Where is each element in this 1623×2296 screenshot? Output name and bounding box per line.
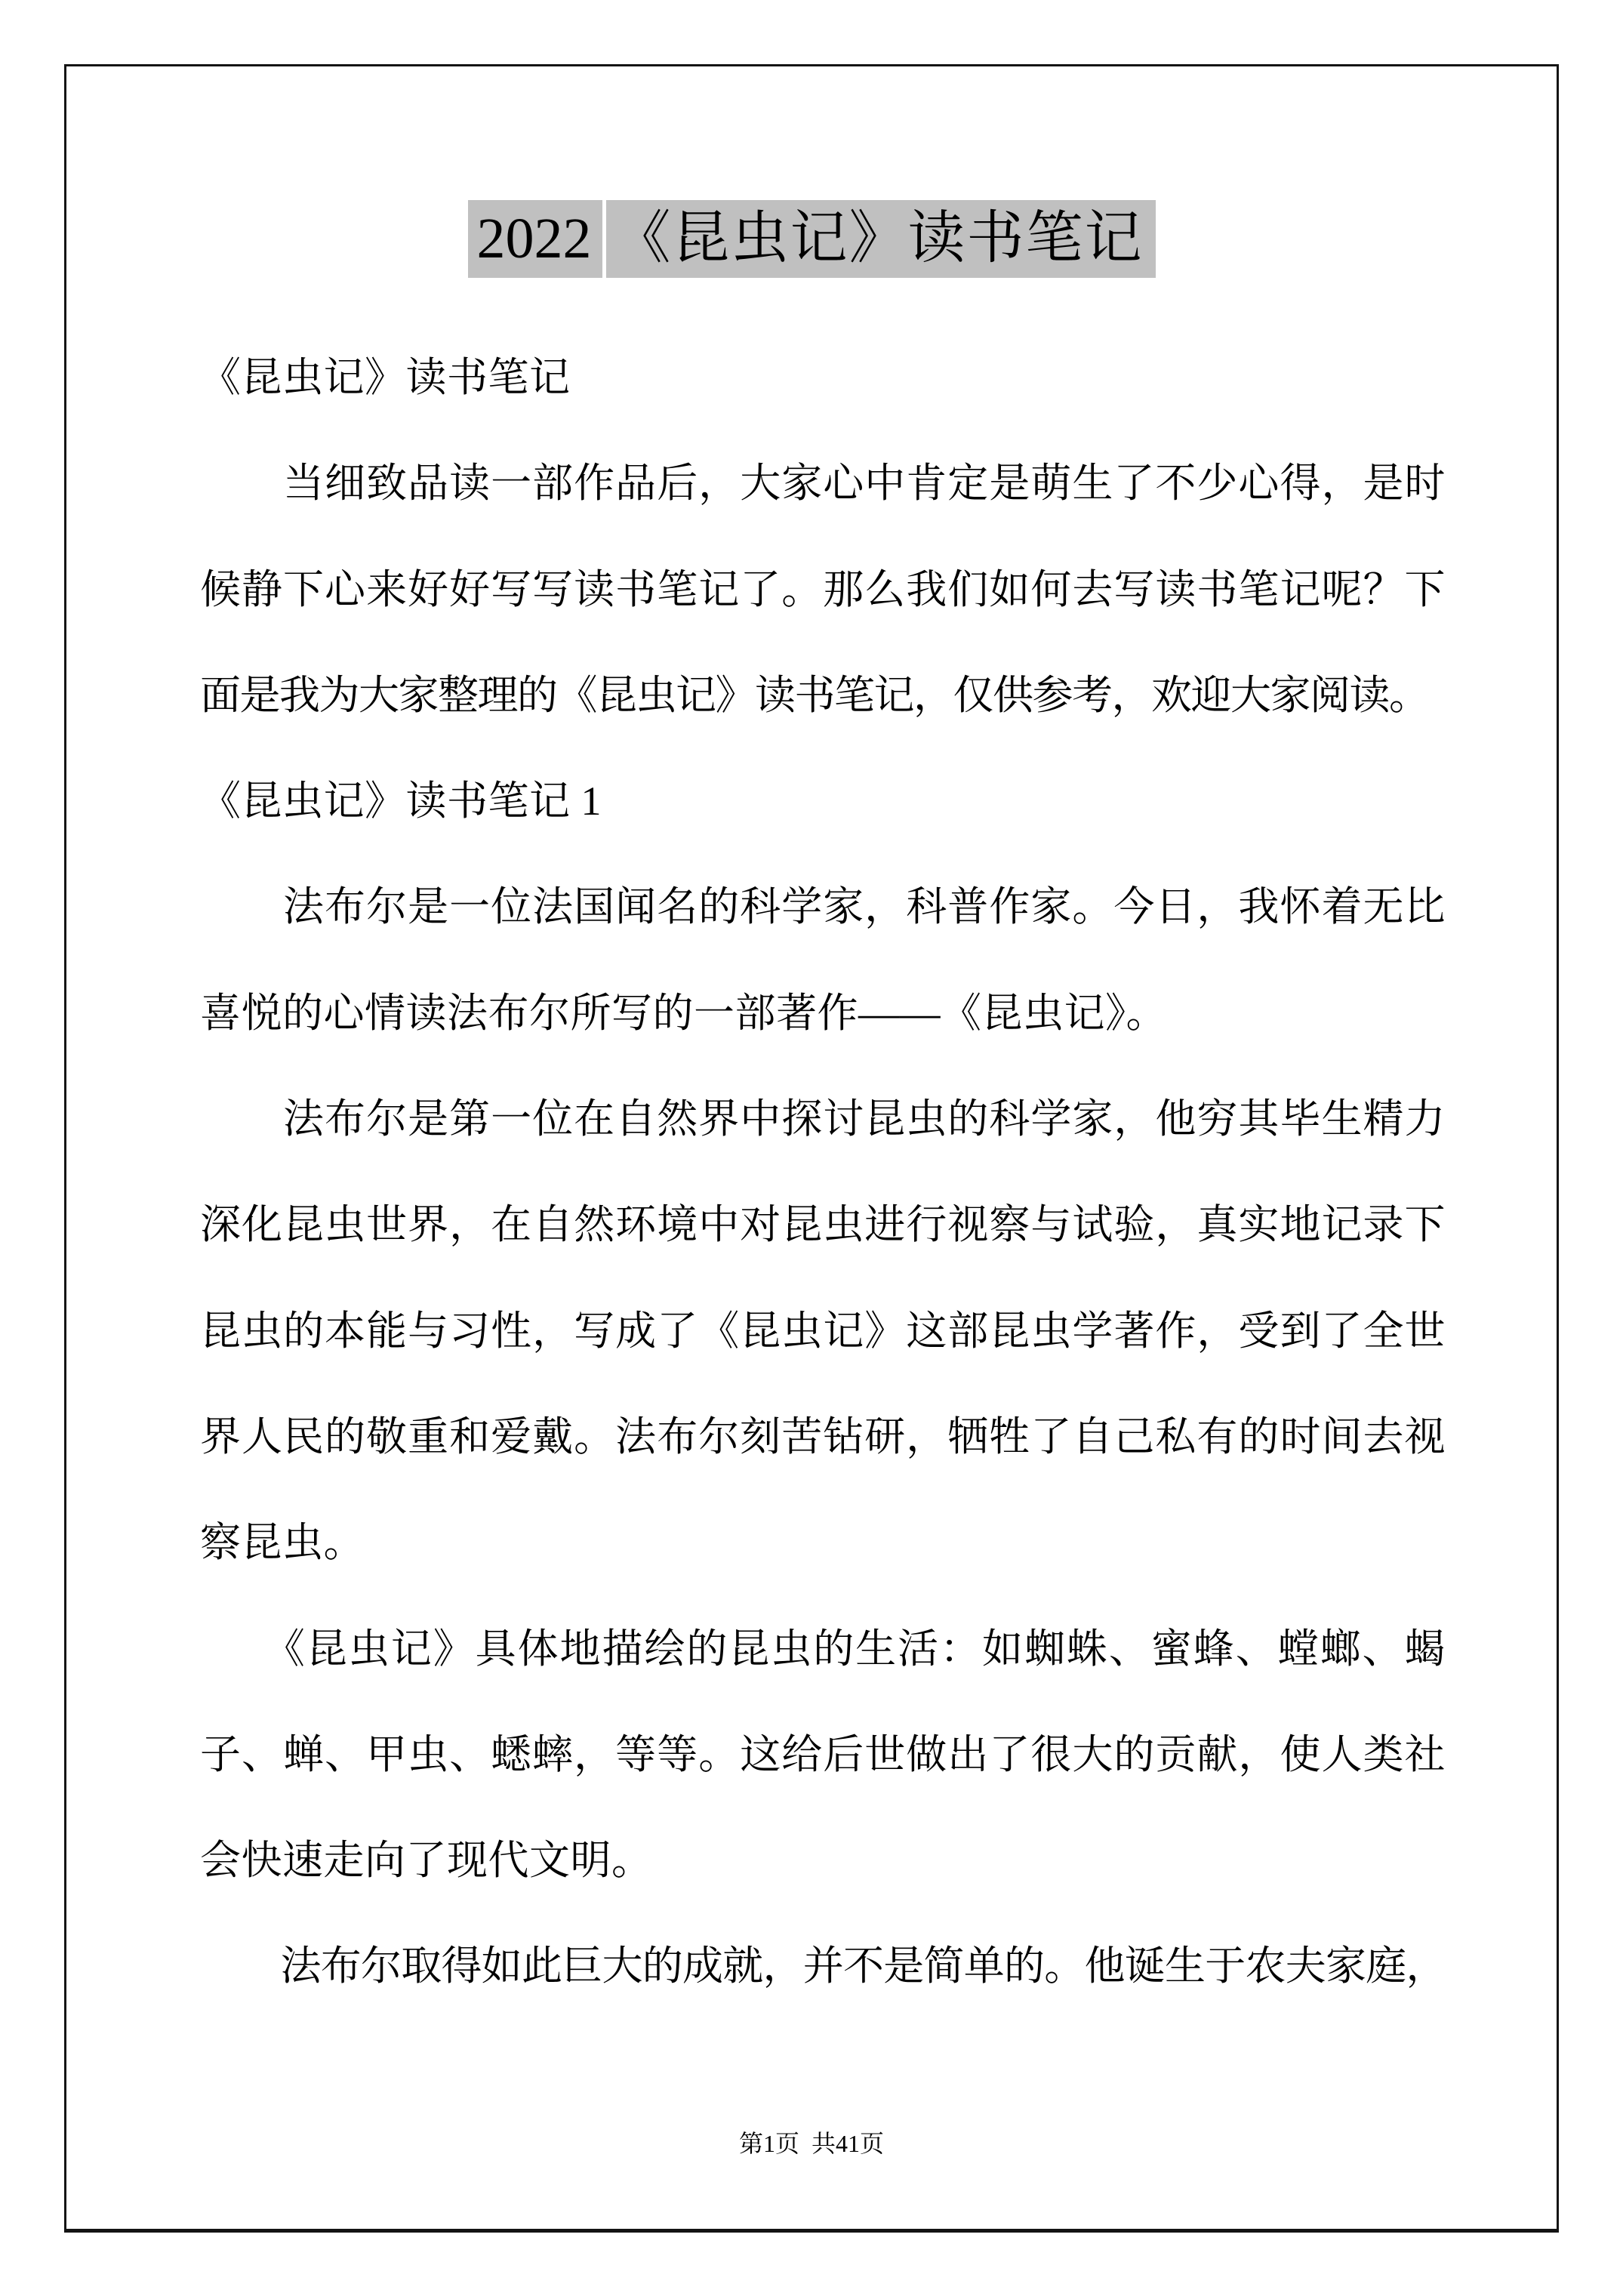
document-body: 《昆虫记》读书笔记 当细致品读一部作品后，大家心中肯定是萌生了不少心得，是时 候…: [200, 325, 1446, 2020]
body-line: 法布尔是第一位在自然界中探讨昆虫的科学家，他穷其毕生精力: [200, 1066, 1446, 1172]
body-line: 《昆虫记》读书笔记 1: [200, 748, 1446, 854]
body-line: 《昆虫记》具体地描绘的昆虫的生活：如蜘蛛、蜜蜂、螳螂、蝎: [200, 1596, 1446, 1702]
body-line: 察昆虫。: [200, 1490, 1446, 1595]
title-year-highlight: 2022: [468, 200, 602, 278]
title-text-highlight: 《昆虫记》读书笔记: [606, 200, 1156, 278]
body-line: 面是我为大家整理的《昆虫记》读书笔记，仅供参考，欢迎大家阅读。: [200, 643, 1446, 748]
body-line: 当细致品读一部作品后，大家心中肯定是萌生了不少心得，是时: [200, 430, 1446, 536]
body-line: 界人民的敬重和爱戴。法布尔刻苦钻研，牺牲了自己私有的时间去视: [200, 1384, 1446, 1490]
body-line: 法布尔是一位法国闻名的科学家，科普作家。今日，我怀着无比: [200, 854, 1446, 960]
body-line: 法布尔取得如此巨大的成就，并不是简单的。他诞生于农夫家庭，: [200, 1913, 1446, 2019]
body-line: 《昆虫记》读书笔记: [200, 325, 1446, 430]
page-number: 第1页 共41页: [0, 2121, 1623, 2166]
body-line: 昆虫的本能与习性，写成了《昆虫记》这部昆虫学著作，受到了全世: [200, 1278, 1446, 1384]
body-line: 子、蝉、甲虫、蟋蟀，等等。这给后世做出了很大的贡献，使人类社: [200, 1702, 1446, 1808]
document-title: 2022 《昆虫记》读书笔记: [0, 200, 1623, 278]
body-line: 候静下心来好好写写读书笔记了。那么我们如何去写读书笔记呢？下: [200, 537, 1446, 643]
body-line: 会快速走向了现代文明。: [200, 1808, 1446, 1913]
document-page: { "document": { "title": { "year": "2022…: [0, 0, 1623, 2296]
body-line: 深化昆虫世界，在自然环境中对昆虫进行视察与试验，真实地记录下: [200, 1172, 1446, 1277]
body-line: 喜悦的心情读法布尔所写的一部著作——《昆虫记》。: [200, 960, 1446, 1066]
